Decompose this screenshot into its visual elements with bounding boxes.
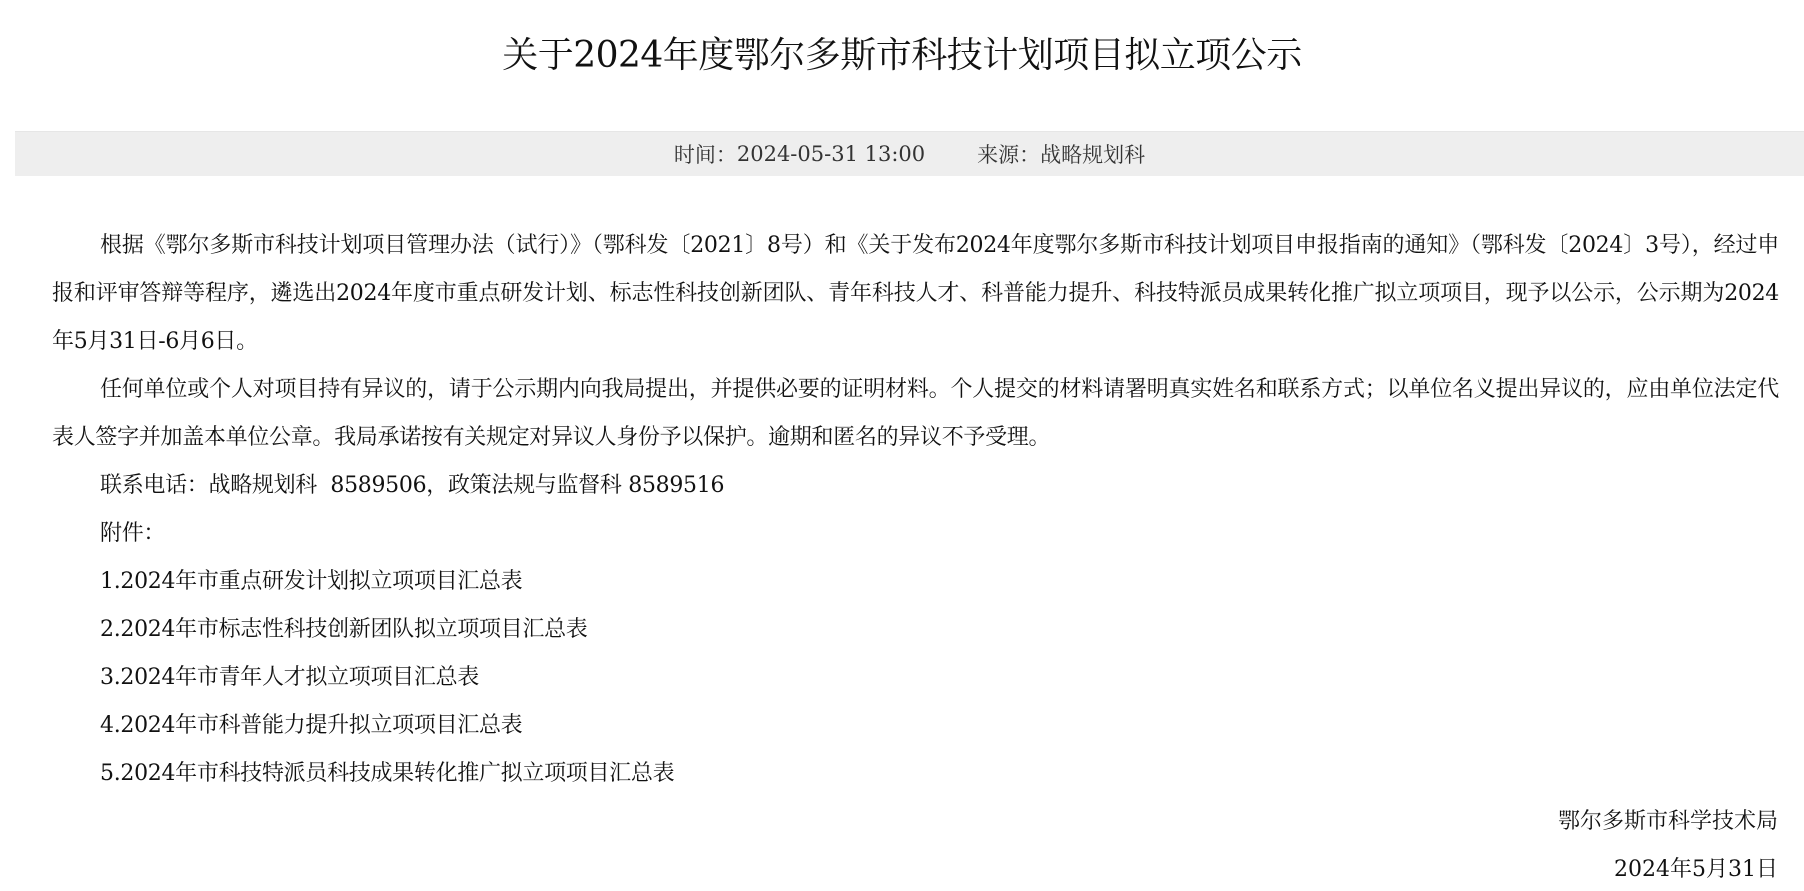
contact-phone: 联系电话：战略规划科 8589506，政策法规与监督科 8589516 xyxy=(52,462,1779,510)
attachment-item[interactable]: 1.2024年市重点研发计划拟立项项目汇总表 xyxy=(52,558,1779,606)
signature-date: 2024年5月31日 xyxy=(1558,846,1778,891)
attachment-item[interactable]: 3.2024年市青年人才拟立项项目汇总表 xyxy=(52,654,1779,702)
publish-time-value: 2024-05-31 13:00 xyxy=(737,142,925,166)
attachment-link-1[interactable]: 1.2024年市重点研发计划拟立项项目汇总表 xyxy=(100,569,522,594)
body-paragraph-basis: 根据《鄂尔多斯市科技计划项目管理办法（试行）》（鄂科发〔2021〕8号）和《关于… xyxy=(52,222,1779,366)
publish-time-label: 时间： xyxy=(674,139,737,169)
attachment-link-4[interactable]: 4.2024年市科普能力提升拟立项项目汇总表 xyxy=(100,713,522,738)
page-title: 关于2024年度鄂尔多斯市科技计划项目拟立项公示 xyxy=(0,30,1804,82)
attachment-item[interactable]: 5.2024年市科技特派员科技成果转化推广拟立项项目汇总表 xyxy=(52,750,1779,798)
attachment-link-2[interactable]: 2.2024年市标志性科技创新团队拟立项项目汇总表 xyxy=(100,617,587,642)
article-meta-bar: 时间： 2024-05-31 13:00 来源： 战略规划科 xyxy=(15,131,1804,176)
attachments-label: 附件： xyxy=(52,510,1779,558)
signature-organization: 鄂尔多斯市科学技术局 xyxy=(1558,798,1778,846)
signature-block: 鄂尔多斯市科学技术局 2024年5月31日 xyxy=(1558,798,1778,891)
attachment-item[interactable]: 2.2024年市标志性科技创新团队拟立项项目汇总表 xyxy=(52,606,1779,654)
body-paragraph-objection: 任何单位或个人对项目持有异议的，请于公示期内向我局提出，并提供必要的证明材料。个… xyxy=(52,366,1779,462)
article-source-value: 战略规划科 xyxy=(1040,139,1145,169)
attachment-item[interactable]: 4.2024年市科普能力提升拟立项项目汇总表 xyxy=(52,702,1779,750)
article-body: 根据《鄂尔多斯市科技计划项目管理办法（试行）》（鄂科发〔2021〕8号）和《关于… xyxy=(52,222,1779,798)
article-source-label: 来源： xyxy=(977,139,1040,169)
attachment-link-5[interactable]: 5.2024年市科技特派员科技成果转化推广拟立项项目汇总表 xyxy=(100,761,674,786)
article-source: 来源： 战略规划科 xyxy=(977,139,1145,169)
attachment-link-3[interactable]: 3.2024年市青年人才拟立项项目汇总表 xyxy=(100,665,479,690)
publish-time: 时间： 2024-05-31 13:00 xyxy=(674,139,925,169)
